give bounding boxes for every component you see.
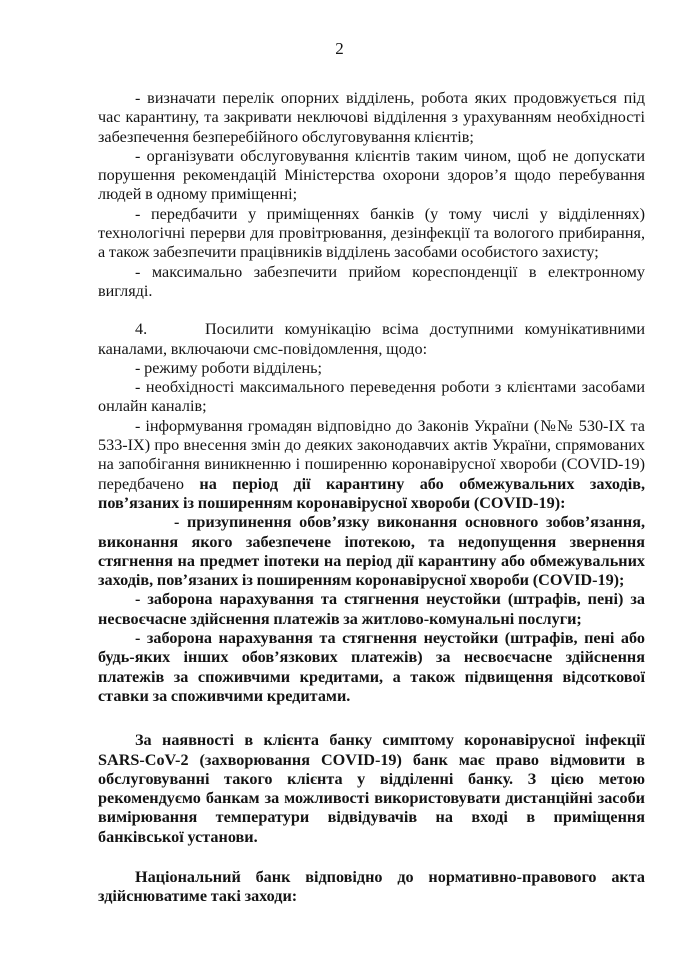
nbu-measures-paragraph: Національний банк відповідно до норматив…: [98, 868, 645, 907]
list-item-utility-penalty-ban: - заборона нарахування та стягнення неус…: [98, 590, 645, 629]
paragraph-spacer: [98, 706, 645, 725]
symptom-refusal-paragraph: За наявності в клієнта банку симптому ко…: [98, 731, 645, 847]
list-item-consumer-credit-penalty-ban: - заборона нарахування та стягнення неус…: [98, 629, 645, 706]
document-body: - визначати перелік опорних відділень, р…: [98, 89, 645, 907]
list-item-electronic-correspondence: - максимально забезпечити прийом кореспо…: [98, 263, 645, 302]
section-4-intro: 4.Посилити комунікацію всіма доступними …: [98, 320, 645, 359]
list-item-reference-branches: - визначати перелік опорних відділень, р…: [98, 89, 645, 147]
list-item-online-channels: - необхідності максимального переведення…: [98, 378, 645, 417]
list-item-client-service: - організувати обслуговування клієнтів т…: [98, 147, 645, 205]
list-item-technical-breaks: - передбачити у приміщеннях банків (у то…: [98, 205, 645, 263]
page-number: 2: [0, 39, 679, 59]
paragraph-spacer: [98, 301, 645, 320]
list-item-law-information: - інформування громадян відповідно до За…: [98, 417, 645, 513]
list-item-branch-schedule: - режиму роботи відділень;: [98, 359, 645, 378]
list-item-mortgage-suspension: - призупинення обов’язку виконання основ…: [98, 513, 645, 590]
section-number: 4.: [135, 320, 205, 339]
paragraph-spacer: [98, 847, 645, 866]
